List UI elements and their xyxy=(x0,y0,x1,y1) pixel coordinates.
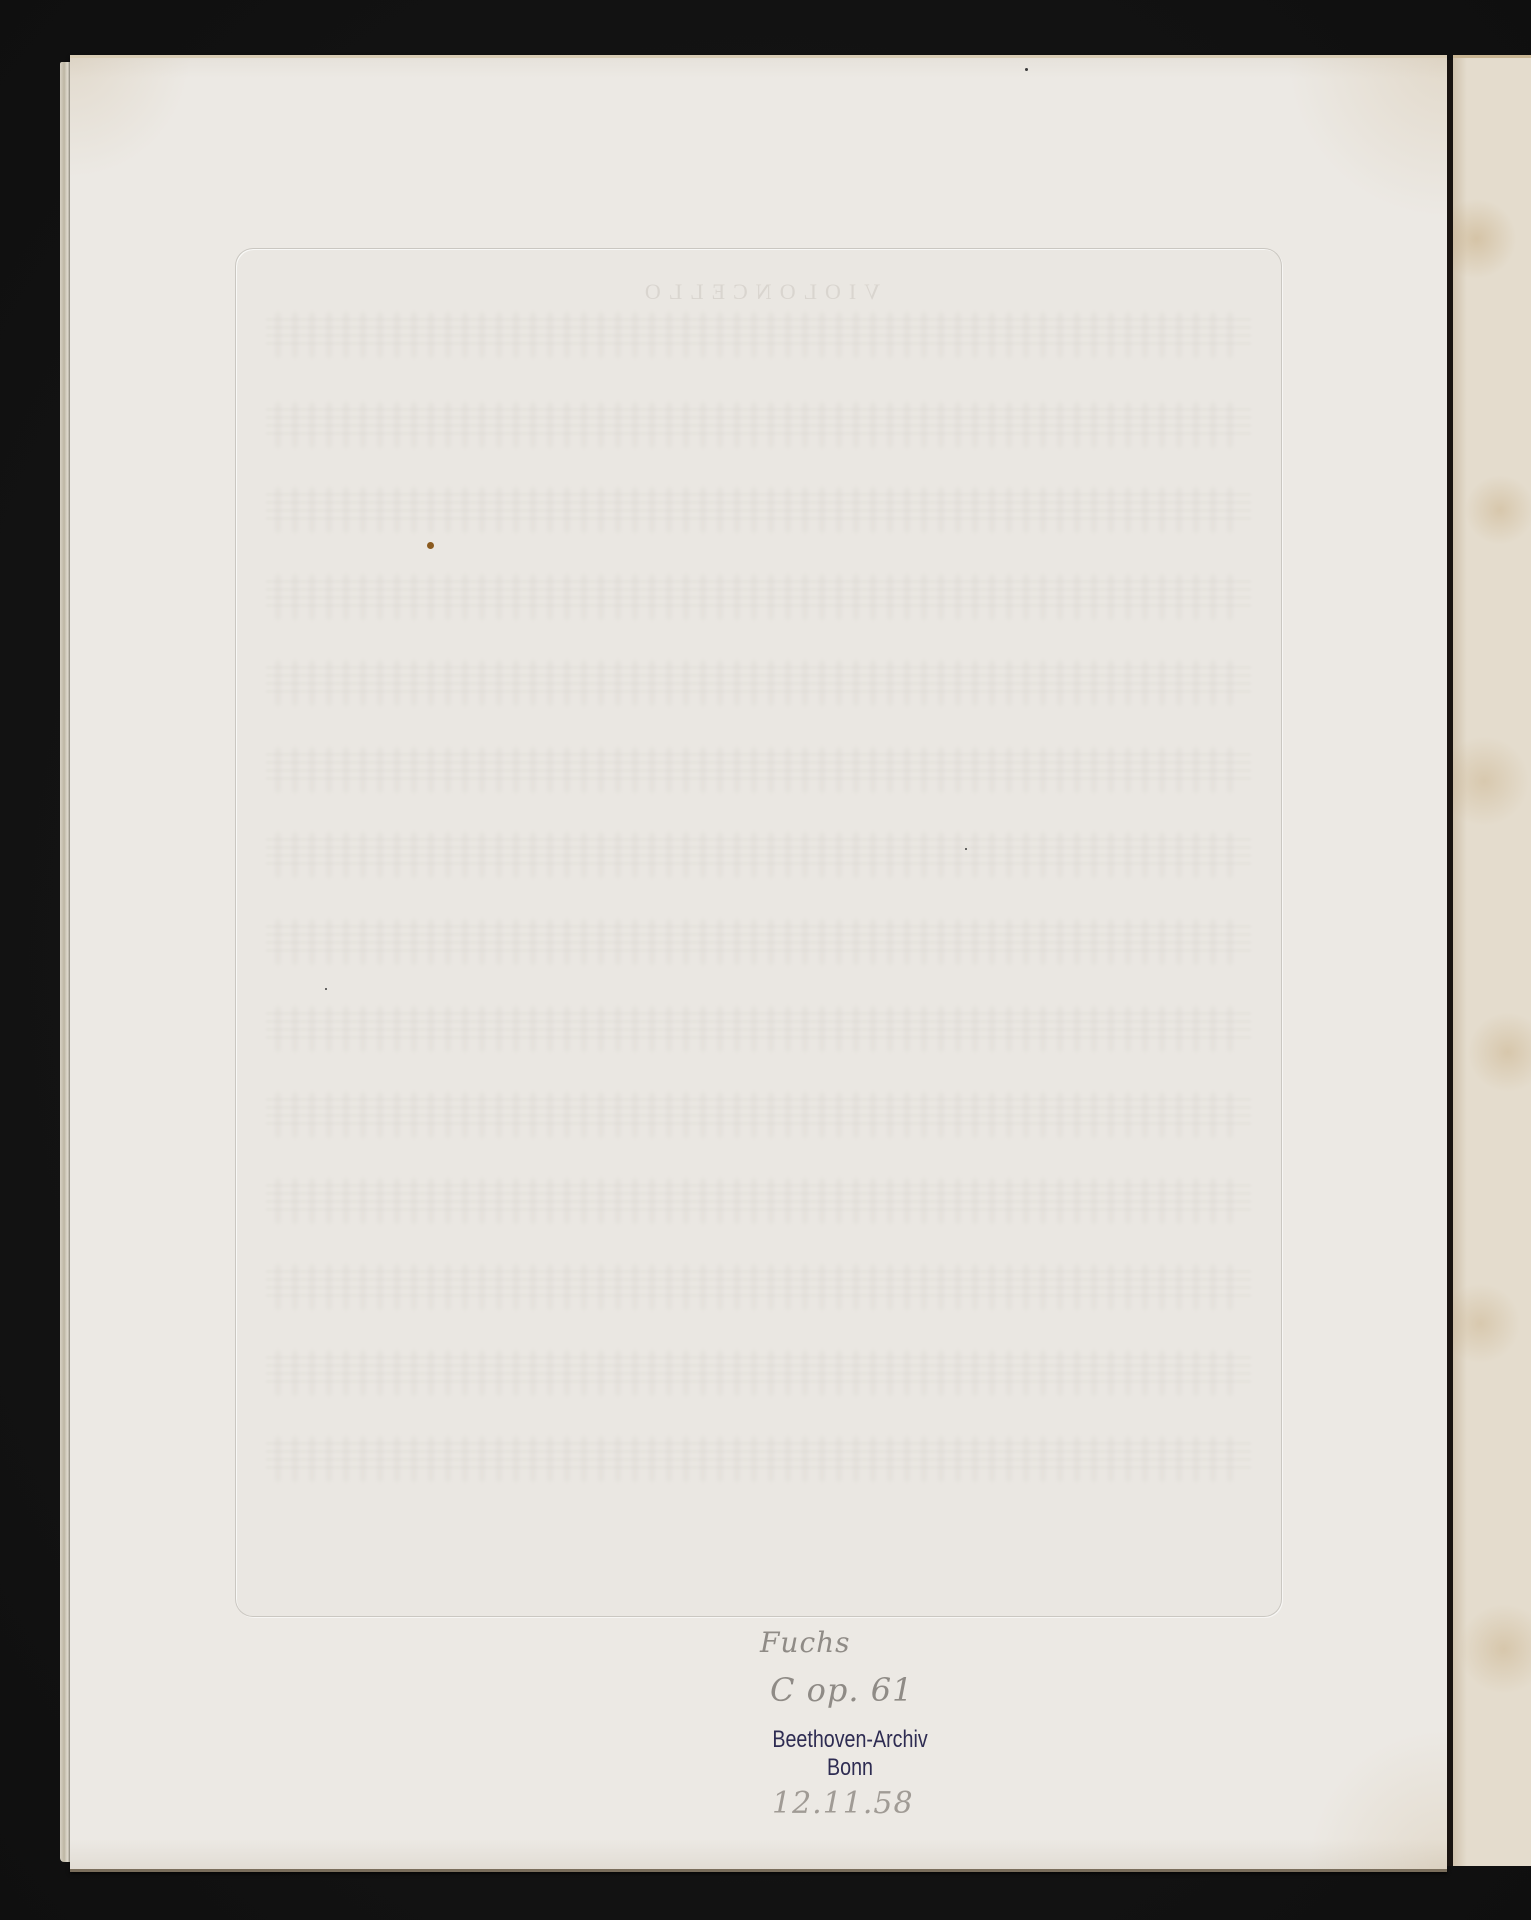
staff xyxy=(266,1185,1251,1217)
paper-speck xyxy=(1025,68,1028,71)
adjacent-page-edge xyxy=(1453,55,1531,1866)
show-through-header: VIOLONCELLO xyxy=(236,279,1281,305)
paper-speck xyxy=(325,988,327,990)
plate-mark-impression: VIOLONCELLO xyxy=(235,248,1282,1617)
staff xyxy=(266,581,1251,613)
show-through-staves xyxy=(266,319,1251,1546)
staff xyxy=(266,1443,1251,1475)
staff xyxy=(266,754,1251,786)
staff xyxy=(266,1013,1251,1045)
staff xyxy=(266,409,1251,441)
paper-speck xyxy=(965,848,967,850)
archive-stamp-line2: Bonn xyxy=(760,1754,940,1782)
staff xyxy=(266,1357,1251,1389)
staff xyxy=(266,494,1251,526)
staff xyxy=(266,319,1251,351)
staff xyxy=(266,1099,1251,1131)
document-page: VIOLONCELLO Fuchs xyxy=(70,55,1447,1872)
staff xyxy=(266,926,1251,958)
pencil-annotation-shelfmark: C op. 61 xyxy=(770,1671,913,1709)
foxing-spot xyxy=(427,542,434,549)
staff xyxy=(266,667,1251,699)
staff xyxy=(266,839,1251,871)
scan-background: VIOLONCELLO Fuchs xyxy=(0,0,1531,1920)
archive-stamp-line1: Beethoven-Archiv xyxy=(760,1726,940,1754)
pencil-annotation-name: Fuchs xyxy=(760,1626,851,1659)
staff xyxy=(266,1271,1251,1303)
pencil-annotation-date: 12.11.58 xyxy=(772,1786,914,1821)
